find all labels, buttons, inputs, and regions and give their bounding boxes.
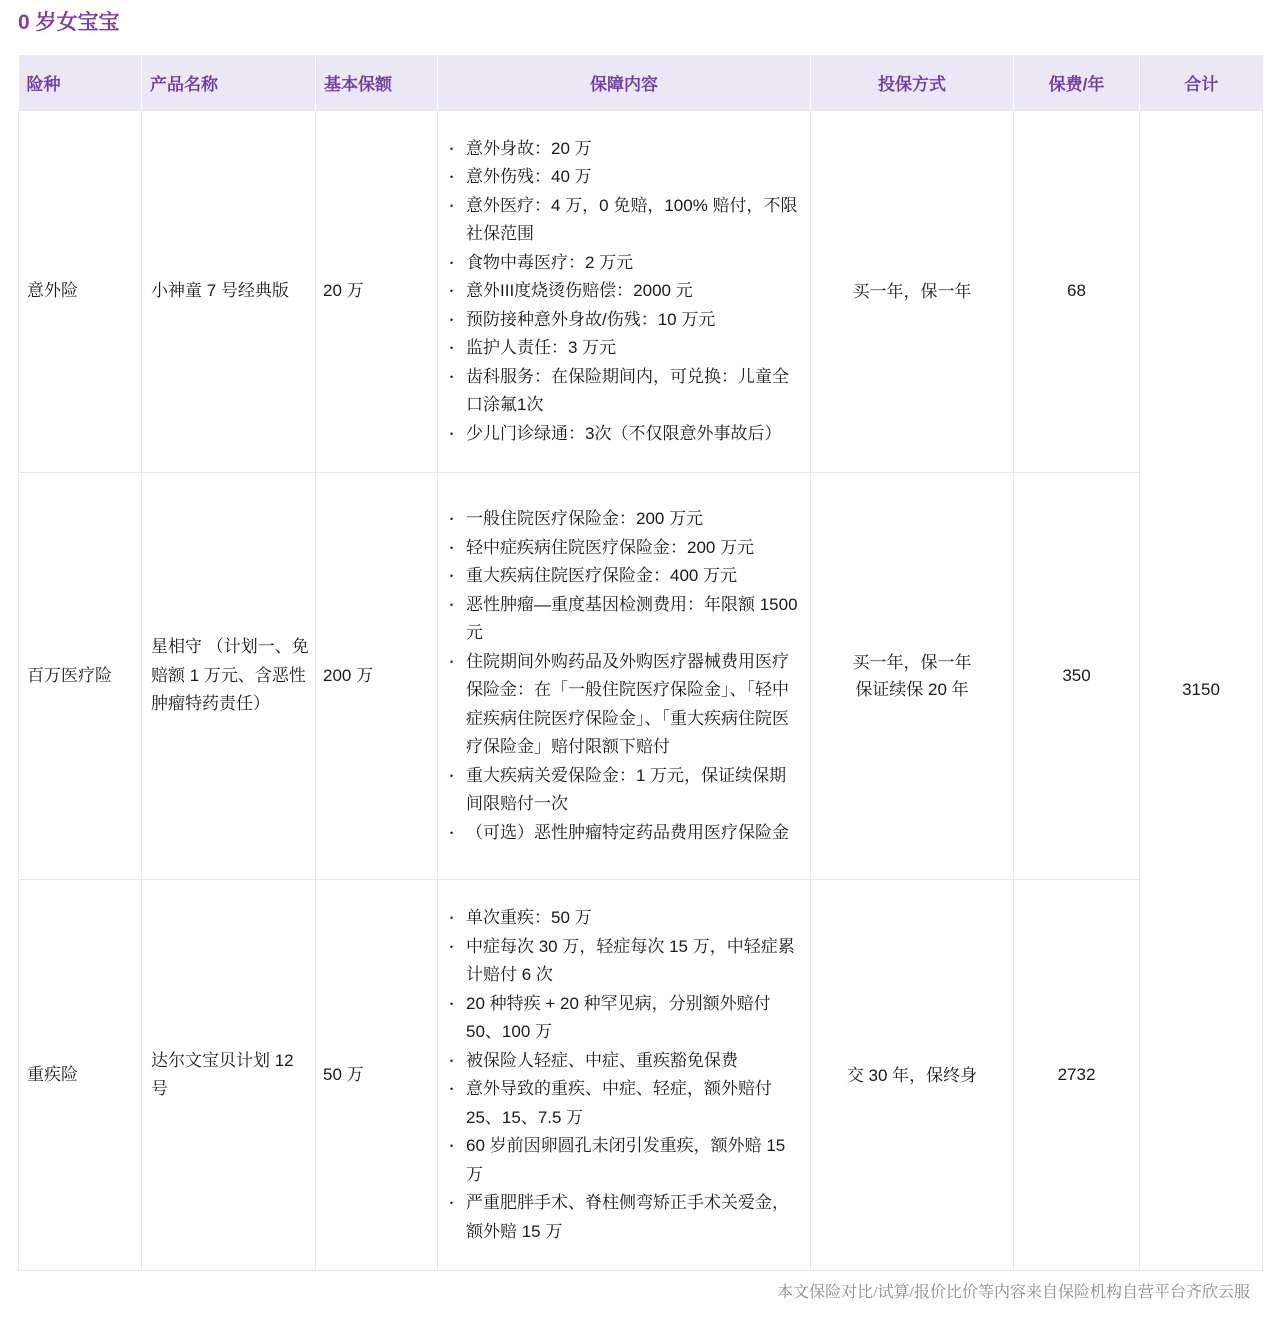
col-header-type: 险种 [19,55,142,110]
insurance-type: 意外险 [19,110,142,473]
coverage-item: •60 岁前因卵圆孔未闭引发重疾，额外赔 15 万 [450,1132,798,1189]
col-header-premium: 保费/年 [1014,55,1140,110]
coverage-text: 重大疾病住院医疗保险金：400 万元 [466,562,798,591]
bullet-icon: • [450,1075,466,1132]
bullet-icon: • [450,1189,466,1246]
coverage-text: 单次重疾：50 万 [466,904,798,933]
coverage-text: 监护人责任：3 万元 [466,334,798,363]
bullet-icon: • [450,762,466,819]
coverage-item: •意外身故：20 万 [450,135,798,164]
coverage-text: 食物中毒医疗：2 万元 [466,249,798,278]
coverage-item: •（可选）恶性肿瘤特定药品费用医疗保险金 [450,819,798,848]
bullet-icon: • [450,990,466,1047]
bullet-icon: • [450,819,466,848]
coverage-text: （可选）恶性肿瘤特定药品费用医疗保险金 [466,819,798,848]
purchase-method: 交 30 年，保终身 [811,880,1014,1271]
coverage-text: 住院期间外购药品及外购医疗器械费用医疗保险金：在「一般住院医疗保险金」、「轻中症… [466,648,798,762]
coverage-text: 轻中症疾病住院医疗保险金：200 万元 [466,534,798,563]
coverage-text: 被保险人轻症、中症、重疾豁免保费 [466,1047,798,1076]
coverage-text: 严重肥胖手术、脊柱侧弯矫正手术关爱金，额外赔 15 万 [466,1189,798,1246]
coverage-item: •食物中毒医疗：2 万元 [450,249,798,278]
coverage-cell: •一般住院医疗保险金：200 万元 •轻中症疾病住院医疗保险金：200 万元 •… [438,473,811,880]
bullet-icon: • [450,363,466,420]
bullet-icon: • [450,1047,466,1076]
base-amount: 50 万 [316,880,438,1271]
coverage-text: 重大疾病关爱保险金：1 万元，保证续保期间限赔付一次 [466,762,798,819]
base-amount: 200 万 [316,473,438,880]
coverage-item: •严重肥胖手术、脊柱侧弯矫正手术关爱金，额外赔 15 万 [450,1189,798,1246]
annual-premium: 68 [1014,110,1140,473]
coverage-text: 意外医疗：4 万，0 免赔，100% 赔付，不限社保范围 [466,192,798,249]
coverage-item: •20 种特疾 + 20 种罕见病，分别额外赔付 50、100 万 [450,990,798,1047]
coverage-item: •重大疾病住院医疗保险金：400 万元 [450,562,798,591]
bullet-icon: • [450,334,466,363]
bullet-icon: • [450,192,466,249]
table-row-accident: 意外险 小神童 7 号经典版 20 万 •意外身故：20 万 •意外伤残：40 … [19,110,1263,473]
coverage-text: 60 岁前因卵圆孔未闭引发重疾，额外赔 15 万 [466,1132,798,1189]
bullet-icon: • [450,249,466,278]
col-header-product: 产品名称 [142,55,316,110]
coverage-text: 一般住院医疗保险金：200 万元 [466,505,798,534]
bullet-icon: • [450,277,466,306]
coverage-item: •预防接种意外身故/伤残：10 万元 [450,306,798,335]
coverage-item: •被保险人轻症、中症、重疾豁免保费 [450,1047,798,1076]
coverage-text: 意外身故：20 万 [466,135,798,164]
coverage-item: •意外医疗：4 万，0 免赔，100% 赔付，不限社保范围 [450,192,798,249]
bullet-icon: • [450,505,466,534]
bullet-icon: • [450,933,466,990]
coverage-item: •意外导致的重疾、中症、轻症，额外赔付 25、15、7.5 万 [450,1075,798,1132]
table-header-row: 险种 产品名称 基本保额 保障内容 投保方式 保费/年 合计 [19,55,1263,110]
bullet-icon: • [450,420,466,449]
coverage-item: •一般住院医疗保险金：200 万元 [450,505,798,534]
coverage-item: •少儿门诊绿通：3次（不仅限意外事故后） [450,420,798,449]
base-amount: 20 万 [316,110,438,473]
coverage-item: •单次重疾：50 万 [450,904,798,933]
insurance-type: 重疾险 [19,880,142,1271]
coverage-text: 预防接种意外身故/伤残：10 万元 [466,306,798,335]
coverage-list: •意外身故：20 万 •意外伤残：40 万 •意外医疗：4 万，0 免赔，100… [450,135,798,449]
coverage-cell: •意外身故：20 万 •意外伤残：40 万 •意外医疗：4 万，0 免赔，100… [438,110,811,473]
insurance-comparison-table: 险种 产品名称 基本保额 保障内容 投保方式 保费/年 合计 意外险 小神童 7… [18,55,1263,1271]
bullet-icon: • [450,904,466,933]
coverage-item: •意外伤残：40 万 [450,163,798,192]
bullet-icon: • [450,648,466,762]
product-name: 达尔文宝贝计划 12 号 [142,880,316,1271]
table-row-critical-illness: 重疾险 达尔文宝贝计划 12 号 50 万 •单次重疾：50 万 •中症每次 3… [19,880,1263,1271]
bullet-icon: • [450,591,466,648]
coverage-text: 意外伤残：40 万 [466,163,798,192]
col-header-total: 合计 [1140,55,1263,110]
annual-premium: 350 [1014,473,1140,880]
bullet-icon: • [450,562,466,591]
product-name: 小神童 7 号经典版 [142,110,316,473]
coverage-list: •一般住院医疗保险金：200 万元 •轻中症疾病住院医疗保险金：200 万元 •… [450,505,798,847]
bullet-icon: • [450,534,466,563]
purchase-method: 买一年，保一年 [811,110,1014,473]
coverage-list: •单次重疾：50 万 •中症每次 30 万，轻症每次 15 万，中轻症累计赔付 … [450,904,798,1246]
col-header-coverage: 保障内容 [438,55,811,110]
coverage-item: •重大疾病关爱保险金：1 万元，保证续保期间限赔付一次 [450,762,798,819]
coverage-text: 少儿门诊绿通：3次（不仅限意外事故后） [466,420,798,449]
coverage-text: 齿科服务：在保险期间内，可兑换：儿童全口涂氟1次 [466,363,798,420]
coverage-item: •恶性肿瘤—重度基因检测费用：年限额 1500 元 [450,591,798,648]
insurance-type: 百万医疗险 [19,473,142,880]
coverage-item: •轻中症疾病住院医疗保险金：200 万元 [450,534,798,563]
total-premium: 3150 [1140,110,1263,1271]
coverage-text: 意外导致的重疾、中症、轻症，额外赔付 25、15、7.5 万 [466,1075,798,1132]
table-row-medical: 百万医疗险 星相守 （计划一、免赔额 1 万元、含恶性肿瘤特药责任） 200 万… [19,473,1263,880]
coverage-text: 恶性肿瘤—重度基因检测费用：年限额 1500 元 [466,591,798,648]
coverage-item: •意外III度烧烫伤赔偿：2000 元 [450,277,798,306]
col-header-method: 投保方式 [811,55,1014,110]
coverage-item: •住院期间外购药品及外购医疗器械费用医疗保险金：在「一般住院医疗保险金」、「轻中… [450,648,798,762]
col-header-base-amount: 基本保额 [316,55,438,110]
annual-premium: 2732 [1014,880,1140,1271]
coverage-cell: •单次重疾：50 万 •中症每次 30 万，轻症每次 15 万，中轻症累计赔付 … [438,880,811,1271]
coverage-text: 意外III度烧烫伤赔偿：2000 元 [466,277,798,306]
bullet-icon: • [450,1132,466,1189]
purchase-method: 买一年，保一年 保证续保 20 年 [811,473,1014,880]
coverage-item: •齿科服务：在保险期间内，可兑换：儿童全口涂氟1次 [450,363,798,420]
bullet-icon: • [450,135,466,164]
coverage-text: 中症每次 30 万，轻症每次 15 万，中轻症累计赔付 6 次 [466,933,798,990]
product-name: 星相守 （计划一、免赔额 1 万元、含恶性肿瘤特药责任） [142,473,316,880]
bullet-icon: • [450,306,466,335]
coverage-item: •监护人责任：3 万元 [450,334,798,363]
bullet-icon: • [450,163,466,192]
coverage-item: •中症每次 30 万，轻症每次 15 万，中轻症累计赔付 6 次 [450,933,798,990]
page-title: 0 岁女宝宝 [18,12,1262,34]
coverage-text: 20 种特疾 + 20 种罕见病，分别额外赔付 50、100 万 [466,990,798,1047]
source-disclaimer: 本文保险对比/试算/报价比价等内容来自保险机构自营平台齐欣云服 [18,1281,1262,1317]
